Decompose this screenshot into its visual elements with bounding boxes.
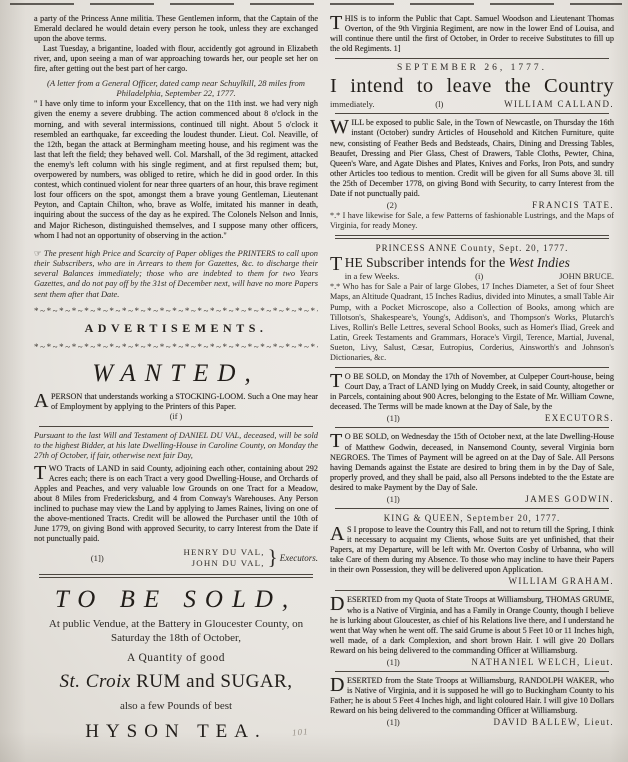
- godwin-text: O BE SOLD, on Wednesday the 15th of Octo…: [330, 432, 614, 491]
- welch-name: NATHANIEL WELCH, Lieut.: [471, 657, 614, 667]
- godwin-signature-row: (1]) JAMES GODWIN.: [330, 494, 614, 504]
- culpeper-land-ad-body: TO BE SOLD, on Monday the 17th of Novemb…: [330, 372, 614, 412]
- wanted-ad-title: WANTED,: [34, 360, 318, 388]
- graham-name: WILLIAM GRAHAM.: [509, 576, 615, 586]
- bruce-headline: HE Subscriber intends for the West Indie…: [330, 255, 614, 271]
- general-officer-letter-heading: (A letter from a General Officer, dated …: [36, 78, 316, 99]
- section-rule: [39, 426, 313, 427]
- bruce-ad-head: T HE Subscriber intends for the West Ind…: [330, 255, 614, 282]
- asterism-mark: *.*: [330, 282, 340, 291]
- section-rule: [335, 590, 609, 591]
- rum-sugar-line: St. Croix RUM and SUGAR,: [34, 671, 318, 693]
- bruce-weeks-text: in a few Weeks.: [345, 271, 400, 282]
- scan-edge-line: [10, 3, 622, 5]
- graham-signature-row: WILLIAM GRAHAM.: [330, 576, 614, 586]
- double-rule: [335, 235, 609, 239]
- wanted-insertion-mark: (if ): [34, 412, 318, 422]
- calland-headline: I intend to leave the Country: [330, 75, 614, 98]
- ballew-name: DAVID BALLEW, Lieut.: [494, 717, 615, 727]
- general-officer-letter-body: " I have only time to inform your Excell…: [34, 99, 318, 240]
- culpeper-signature-row: (1]) EXECUTORS.: [330, 413, 614, 423]
- advertisements-section-title: ADVERTISEMENTS.: [34, 321, 318, 336]
- calland-name: WILLIAM CALLAND.: [504, 99, 614, 109]
- pointing-hand-icon: ☞: [34, 249, 42, 259]
- quantity-line: A Quantity of good: [34, 652, 318, 664]
- right-column: THIS is to inform the Public that Capt. …: [330, 14, 614, 758]
- calland-tail-text: immediately.: [330, 99, 375, 109]
- duval-text: WO Tracts of LAND in said County, adjoin…: [34, 464, 318, 544]
- section-rule: [335, 367, 609, 368]
- wanted-text: PERSON that understands working a STOCKI…: [51, 392, 318, 411]
- section-rule: [335, 508, 609, 509]
- tate-signature-row: (2) FRANCIS TATE.: [330, 200, 614, 210]
- militia-news-paragraph: a party of the Princess Anne militia. Th…: [34, 14, 318, 44]
- duval-executor-names: HENRY DU VAL,JOHN DU VAL,: [183, 547, 264, 568]
- culpeper-insertion-mark: (1]): [387, 413, 545, 423]
- executors-name: EXECUTORS.: [545, 413, 614, 423]
- welch-dropcap: D: [330, 595, 347, 613]
- ornament-row-top: *~*~*~*~*~*~*~*~*~*~*~*~*~*~*~*~*~*~*~*~…: [34, 306, 318, 316]
- godwin-name: JAMES GODWIN.: [525, 494, 614, 504]
- welch-insertion-mark: (1]): [387, 657, 472, 667]
- bruce-signature-row: in a few Weeks. (i) JOHN BRUCE.: [345, 271, 614, 282]
- tate-text: ILL be exposed to public Sale, in the To…: [330, 118, 614, 198]
- hyson-tea-line: HYSON TEA.: [34, 721, 318, 743]
- godwin-estate-ad-body: TO BE SOLD, on Wednesday the 15th of Oct…: [330, 432, 614, 493]
- section-rule: [335, 58, 609, 59]
- printers-notice-text: The present high Price and Scarcity of P…: [34, 249, 318, 299]
- duval-dropcap: T: [34, 464, 49, 482]
- woodson-substitutes-notice: THIS is to inform the Public that Capt. …: [330, 14, 614, 54]
- st-croix-label: St. Croix: [60, 671, 131, 692]
- executor-name: HENRY DU VAL,: [183, 547, 264, 558]
- calland-dateline: SEPTEMBER 26, 1777.: [330, 63, 614, 73]
- double-rule: [39, 574, 313, 578]
- graham-text: S I propose to leave the Country this Fa…: [330, 525, 614, 574]
- ballew-signature-row: (1]) DAVID BALLEW, Lieut.: [330, 717, 614, 727]
- handwritten-page-number: 101: [292, 726, 309, 737]
- section-rule: [335, 113, 609, 114]
- ballew-text: ESERTED from the State Troops at William…: [330, 676, 614, 715]
- tate-postscript: *.* I have likewise for Sale, a few Patt…: [330, 211, 614, 231]
- bruce-dropcap: T: [330, 255, 345, 273]
- bruce-dateline: PRINCESS ANNE County, Sept. 20, 1777.: [330, 243, 614, 253]
- newspaper-page: a party of the Princess Anne militia. Th…: [34, 14, 614, 758]
- woodson-text: HIS is to inform the Public that Capt. S…: [330, 14, 614, 53]
- asterism-mark: *.*: [330, 211, 340, 220]
- welch-deserter-ad-body: DESERTED from my Quota of State Troops a…: [330, 595, 614, 656]
- duval-land-ad-body: TWO Tracts of LAND in said County, adjoi…: [34, 464, 318, 545]
- woodson-dropcap: T: [330, 14, 345, 32]
- graham-dateline: KING & QUEEN, September 20, 1777.: [330, 513, 614, 523]
- ballew-dropcap: D: [330, 676, 347, 694]
- calland-signature-row: immediately. (l) WILLIAM CALLAND.: [330, 99, 614, 109]
- godwin-dropcap: T: [330, 432, 345, 450]
- bruce-insertion-mark: (i): [475, 271, 483, 282]
- duval-insertion-mark: (1]): [91, 553, 184, 563]
- tate-dropcap: W: [330, 118, 351, 136]
- tate-insertion-mark: (2): [387, 200, 532, 210]
- signature-brace: }: [265, 545, 280, 570]
- tate-sale-ad-body: WILL be exposed to public Sale, in the T…: [330, 118, 614, 199]
- culpeper-text: O BE SOLD, on Monday the 17th of Novembe…: [330, 372, 614, 411]
- section-rule: [335, 671, 609, 672]
- executors-role-label: Executors.: [280, 553, 318, 563]
- printers-notice: ☞ The present high Price and Scarcity of…: [34, 249, 318, 300]
- ballew-insertion-mark: (1]): [387, 717, 494, 727]
- rum-sugar-label: RUM and SUGAR,: [131, 671, 293, 692]
- executor-name: JOHN DU VAL,: [183, 558, 264, 569]
- brigantine-news-paragraph: Last Tuesday, a brigantine, loaded with …: [34, 44, 318, 74]
- welch-text: ESERTED from my Quota of State Troops at…: [330, 595, 614, 654]
- duval-estate-preamble: Pursuant to the last Will and Testament …: [34, 431, 318, 462]
- vendue-location-line: At public Vendue, at the Battery in Glou…: [34, 618, 318, 645]
- tate-name: FRANCIS TATE.: [532, 200, 614, 210]
- duval-signature-row: (1]) HENRY DU VAL,JOHN DU VAL, } Executo…: [34, 545, 318, 570]
- ballew-deserter-ad-body: DESERTED from the State Troops at Willia…: [330, 676, 614, 716]
- wanted-dropcap: A: [34, 392, 51, 410]
- wanted-ad-body: APERSON that understands working a STOCK…: [34, 392, 318, 412]
- calland-insertion-mark: (l): [435, 99, 443, 109]
- bruce-name: JOHN BRUCE.: [559, 271, 614, 282]
- pounds-of-best-line: also a few Pounds of best: [34, 700, 318, 712]
- bruce-goods-text: Who has for Sale a Pair of large Globes,…: [330, 282, 614, 362]
- left-column: a party of the Princess Anne militia. Th…: [34, 14, 318, 758]
- ornament-row-bottom: *~*~*~*~*~*~*~*~*~*~*~*~*~*~*~*~*~*~*~*~…: [34, 342, 318, 352]
- godwin-insertion-mark: (1]): [387, 494, 526, 504]
- bruce-headline-text: HE Subscriber intends for the: [345, 255, 509, 270]
- west-indies-label: West Indies: [509, 255, 570, 270]
- to-be-sold-ad-title: TO BE SOLD,: [34, 586, 318, 614]
- welch-signature-row: (1]) NATHANIEL WELCH, Lieut.: [330, 657, 614, 667]
- bruce-goods-list: *.* Who has for Sale a Pair of large Glo…: [330, 282, 614, 363]
- section-rule: [335, 427, 609, 428]
- tate-postscript-text: I have likewise for Sale, a few Patterns…: [330, 211, 614, 230]
- graham-dropcap: A: [330, 525, 347, 543]
- graham-notice-body: AS I propose to leave the Country this F…: [330, 525, 614, 575]
- culpeper-dropcap: T: [330, 372, 345, 390]
